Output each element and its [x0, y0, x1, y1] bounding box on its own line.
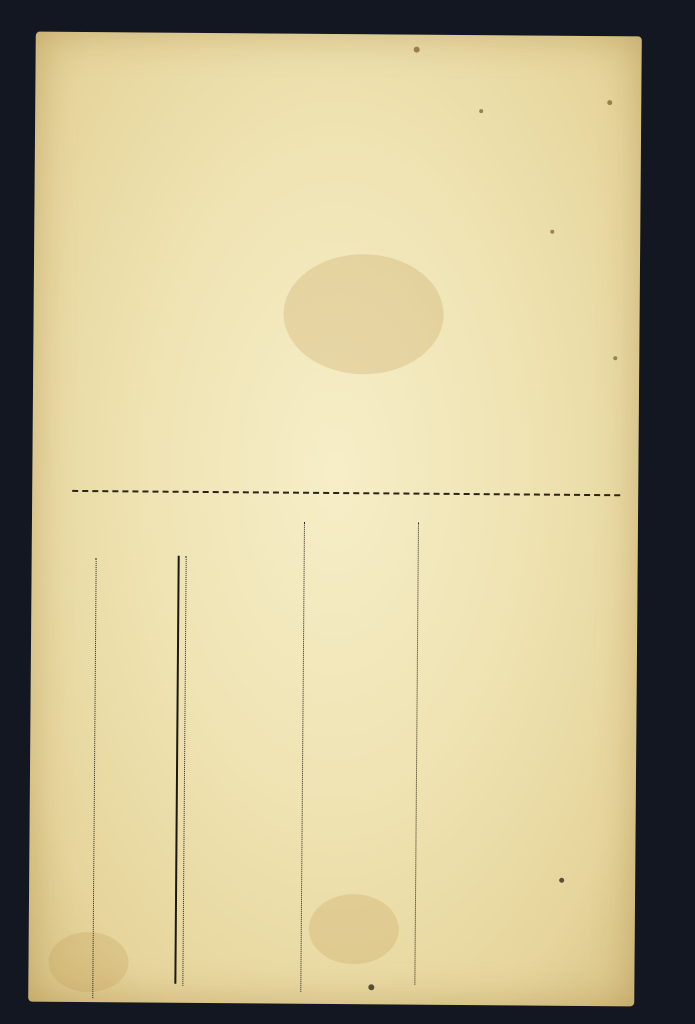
- foxing-spot: [550, 230, 554, 234]
- foxing-spot: [559, 878, 564, 883]
- stain: [309, 894, 400, 965]
- foxing-spot: [607, 100, 612, 105]
- vertical-dotted-line: [300, 522, 305, 992]
- foxing-spot: [479, 109, 483, 113]
- vertical-dotted-line: [414, 523, 419, 985]
- postcard-back: [28, 32, 642, 1007]
- stain: [283, 254, 444, 375]
- stain: [48, 932, 128, 993]
- vertical-solid-line: [174, 556, 179, 984]
- foxing-spot: [613, 356, 617, 360]
- vertical-dotted-line: [182, 556, 186, 986]
- foxing-spot: [414, 47, 420, 53]
- foxing-spot: [368, 984, 374, 990]
- horizontal-divider-line: [72, 490, 620, 496]
